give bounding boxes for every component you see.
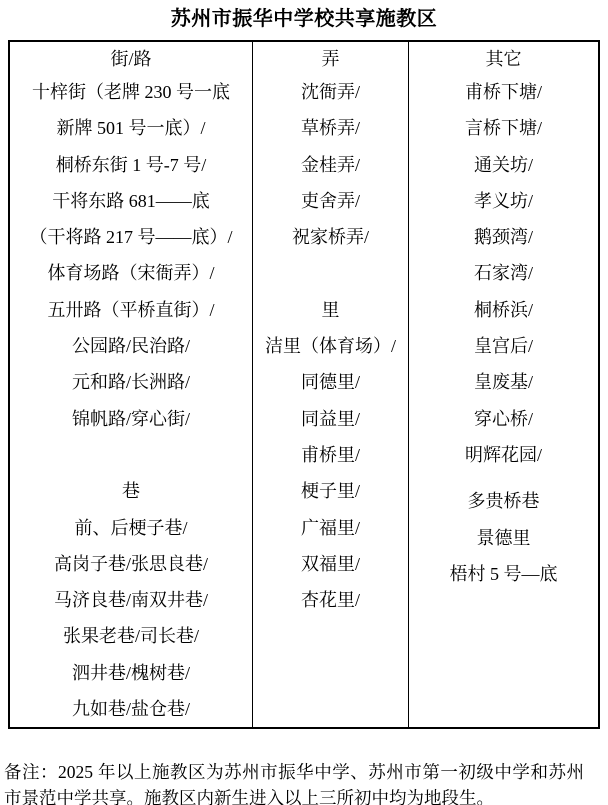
district-item: 五卅路（平桥直街）/ xyxy=(10,292,252,328)
group-heading: 里 xyxy=(253,292,408,328)
district-item: （干将路 217 号——底）/ xyxy=(10,219,252,255)
district-item: 沈衙弄/ xyxy=(253,74,408,110)
district-item: 草桥弄/ xyxy=(253,110,408,146)
document-page: 苏州市振华中学校共享施教区 街/路十梓街（老牌 230 号一底新牌 501 号一… xyxy=(0,6,608,805)
district-item: 双福里/ xyxy=(253,546,408,582)
district-item: 体育场路（宋衙弄）/ xyxy=(10,255,252,291)
district-group: 里洁里（体育场）/同德里/同益里/甫桥里/梗子里/广福里/双福里/杏花里/ xyxy=(253,292,408,619)
district-item: 梧村 5 号—底 xyxy=(409,556,598,592)
table-column-lane: 弄沈衙弄/草桥弄/金桂弄/吏舍弄/祝家桥弄/里洁里（体育场）/同德里/同益里/甫… xyxy=(253,42,409,727)
district-item: 洁里（体育场）/ xyxy=(253,328,408,364)
group-heading: 巷 xyxy=(10,473,252,509)
district-item: 皇宫后/ xyxy=(409,328,598,364)
district-item: 孝义坊/ xyxy=(409,183,598,219)
district-item: 前、后梗子巷/ xyxy=(10,510,252,546)
column-header: 弄 xyxy=(253,44,408,74)
district-item: 干将东路 681——底 xyxy=(10,183,252,219)
district-item: 穿心桥/ xyxy=(409,401,598,437)
district-item: 梗子里/ xyxy=(253,473,408,509)
table-column-other: 其它甫桥下塘/言桥下塘/通关坊/孝义坊/鹅颈湾/石家湾/桐桥浜/皇宫后/皇废基/… xyxy=(409,42,598,727)
district-item: 祝家桥弄/ xyxy=(253,219,408,255)
footnote: 备注：2025 年以上施教区为苏州市振华中学、苏州市第一初级中学和苏州市景范中学… xyxy=(4,760,584,805)
district-item: 广福里/ xyxy=(253,510,408,546)
district-item: 鹅颈湾/ xyxy=(409,219,598,255)
district-item: 公园路/民治路/ xyxy=(10,328,252,364)
district-item: 十梓街（老牌 230 号一底 xyxy=(10,74,252,110)
district-item: 桐桥东街 1 号-7 号/ xyxy=(10,147,252,183)
district-item: 多贵桥巷 xyxy=(409,483,598,519)
district-item: 金桂弄/ xyxy=(253,147,408,183)
district-item: 张果老巷/司长巷/ xyxy=(10,618,252,654)
district-group: 甫桥下塘/言桥下塘/通关坊/孝义坊/鹅颈湾/石家湾/桐桥浜/皇宫后/皇废基/穿心… xyxy=(409,74,598,473)
district-item: 马济良巷/南双井巷/ xyxy=(10,582,252,618)
district-group: 多贵桥巷景德里梧村 5 号—底 xyxy=(409,483,598,592)
page-title: 苏州市振华中学校共享施教区 xyxy=(0,6,608,32)
district-item: 甫桥里/ xyxy=(253,437,408,473)
district-item: 高岗子巷/张思良巷/ xyxy=(10,546,252,582)
district-item: 通关坊/ xyxy=(409,147,598,183)
district-item: 同益里/ xyxy=(253,401,408,437)
district-item: 吏舍弄/ xyxy=(253,183,408,219)
district-item: 新牌 501 号一底）/ xyxy=(10,110,252,146)
district-item: 言桥下塘/ xyxy=(409,110,598,146)
district-group: 沈衙弄/草桥弄/金桂弄/吏舍弄/祝家桥弄/ xyxy=(253,74,408,255)
district-item: 石家湾/ xyxy=(409,255,598,291)
district-item: 九如巷/盐仓巷/ xyxy=(10,691,252,727)
district-item: 皇废基/ xyxy=(409,364,598,400)
district-item: 甫桥下塘/ xyxy=(409,74,598,110)
district-item: 泗井巷/槐树巷/ xyxy=(10,655,252,691)
district-table: 街/路十梓街（老牌 230 号一底新牌 501 号一底）/桐桥东街 1 号-7 … xyxy=(8,40,600,729)
column-header: 街/路 xyxy=(10,44,252,74)
column-header: 其它 xyxy=(409,44,598,74)
district-item: 锦帆路/穿心街/ xyxy=(10,401,252,437)
district-item: 景德里 xyxy=(409,520,598,556)
district-group: 十梓街（老牌 230 号一底新牌 501 号一底）/桐桥东街 1 号-7 号/干… xyxy=(10,74,252,437)
district-group: 巷前、后梗子巷/高岗子巷/张思良巷/马济良巷/南双井巷/张果老巷/司长巷/泗井巷… xyxy=(10,473,252,727)
district-item: 明辉花园/ xyxy=(409,437,598,473)
table-column-street-road: 街/路十梓街（老牌 230 号一底新牌 501 号一底）/桐桥东街 1 号-7 … xyxy=(10,42,253,727)
district-item: 桐桥浜/ xyxy=(409,292,598,328)
district-item: 元和路/长洲路/ xyxy=(10,364,252,400)
district-item: 杏花里/ xyxy=(253,582,408,618)
district-item: 同德里/ xyxy=(253,364,408,400)
